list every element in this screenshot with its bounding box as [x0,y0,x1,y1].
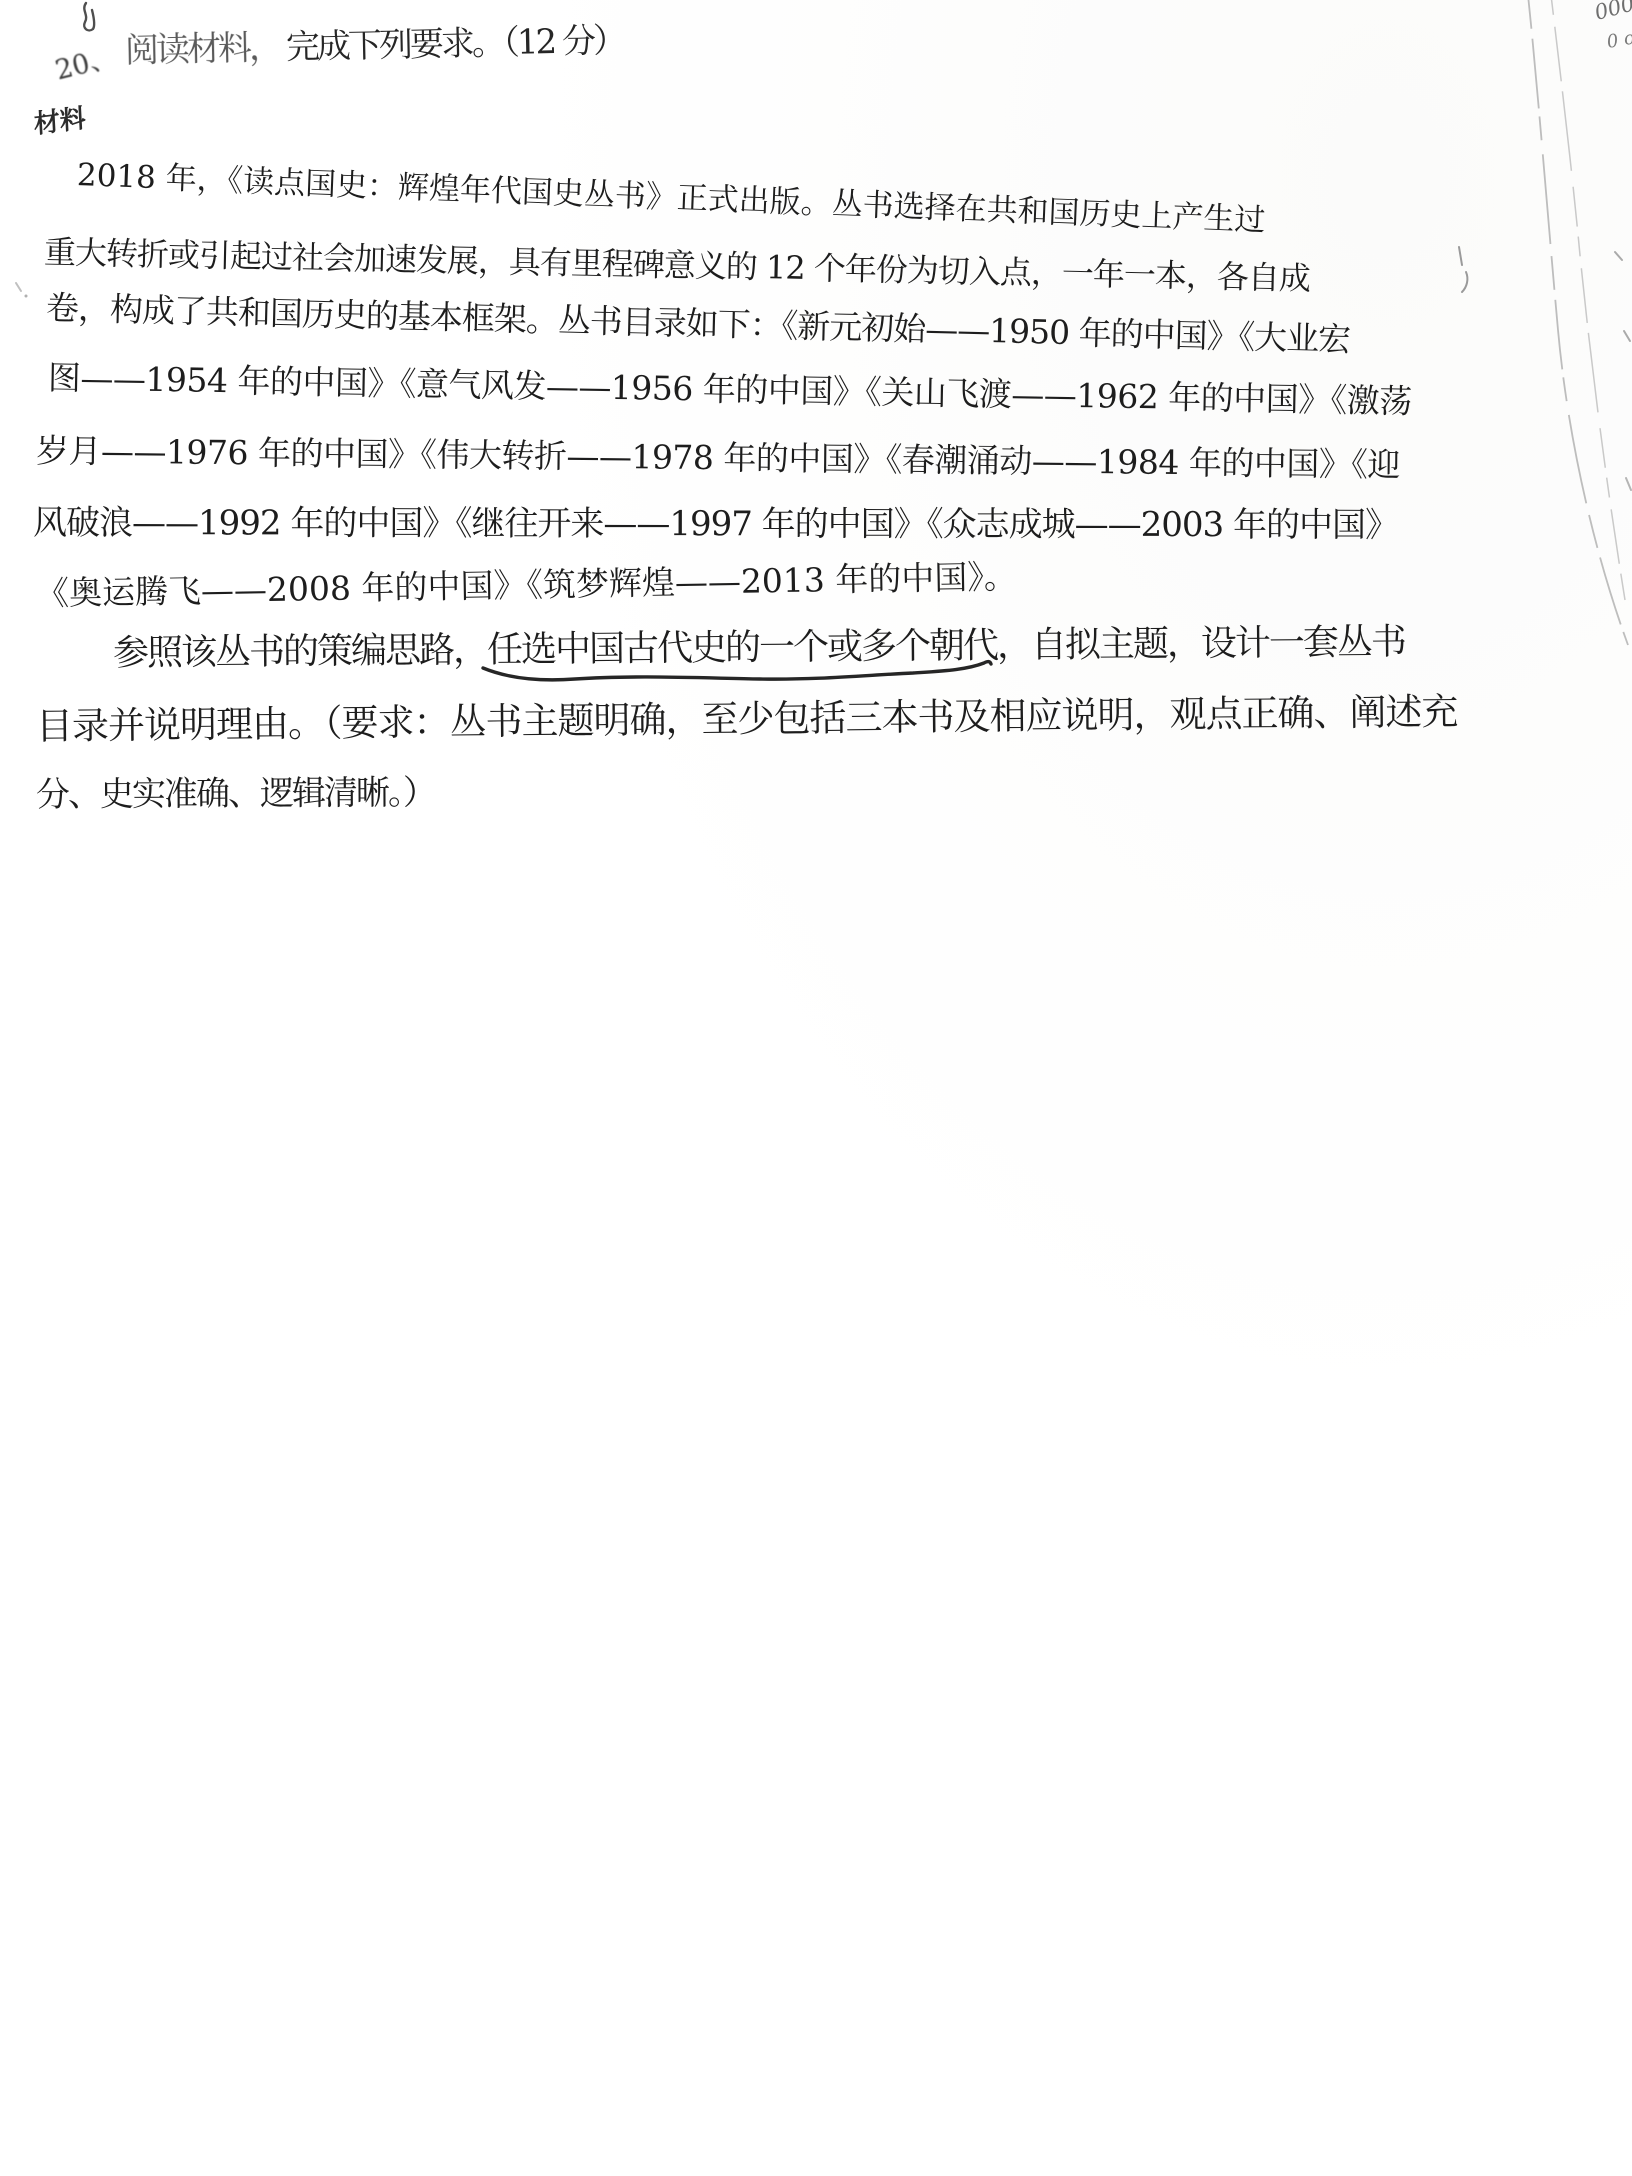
body-line-10: 分、史实准确、逻辑清晰。） [36,776,435,812]
body-line-7: 《奥运腾飞——2008 年的中国》《筑梦辉煌——2013 年的中国》。 [36,560,1017,610]
body-line-4: 图——1954 年的中国》《意气风发——1956 年的中国》《关山飞渡——196… [48,361,1412,418]
question-prompt-faded: 阅读材料， [125,28,281,71]
noise-dash-right-edge-2 [1624,331,1630,341]
scanned-exam-page: 20、 阅读材料，完成下列要求。（12 分） 材料 2018 年，《读点国史：辉… [0,0,1632,2176]
body-line-9: 目录并说明理由。（要求：丛书主题明确，至少包括三本书及相应说明，观点正确、阐述充 [36,693,1458,745]
body-line-3: 卷，构成了共和国历史的基本框架。丛书目录如下：《新元初始——1950 年的中国》… [46,291,1351,356]
body-line-8: 参照该丛书的策编思路，任选中国古代史的一个或多个朝代，自拟主题，设计一套丛书 [113,625,1405,672]
noise-tick-right-mid-1 [1459,247,1462,265]
noise-dash-right-edge-3 [1626,478,1631,490]
handwritten-mark-zero: 0 o [1605,27,1632,53]
pen-squiggle-top-left [84,3,94,30]
page-crease-lines [1528,0,1628,645]
question-number: 20、 [53,44,119,85]
page-crease-line-1 [1528,0,1628,645]
noise-dash-right-edge-1 [1615,252,1622,260]
body-line-6: 风破浪——1992 年的中国》《继往开来——1997 年的中国》《众志成城——2… [33,506,1398,542]
material-label: 材料 [33,106,86,138]
noise-dot-left-margin [25,295,28,298]
handwritten-mark-zeros: 000 [1592,0,1632,25]
body-line-2: 重大转折或引起过社会加速发展，具有里程碑意义的 12 个年份为切入点，一年一本，… [44,236,1310,295]
page-crease-line-2 [1551,0,1625,600]
noise-dash-left-margin [16,283,21,291]
question-prompt-rest: 完成下列要求。（12 分） [286,21,625,68]
noise-tick-right-mid-2 [1462,272,1467,292]
question-prompt: 阅读材料，完成下列要求。（12 分） [125,24,625,68]
body-line-1: 2018 年，《读点国史：辉煌年代国史丛书》正式出版。丛书选择在共和国历史上产生… [76,160,1266,237]
body-line-5: 岁月——1976 年的中国》《伟大转折——1978 年的中国》《春潮涌动——19… [36,434,1400,481]
